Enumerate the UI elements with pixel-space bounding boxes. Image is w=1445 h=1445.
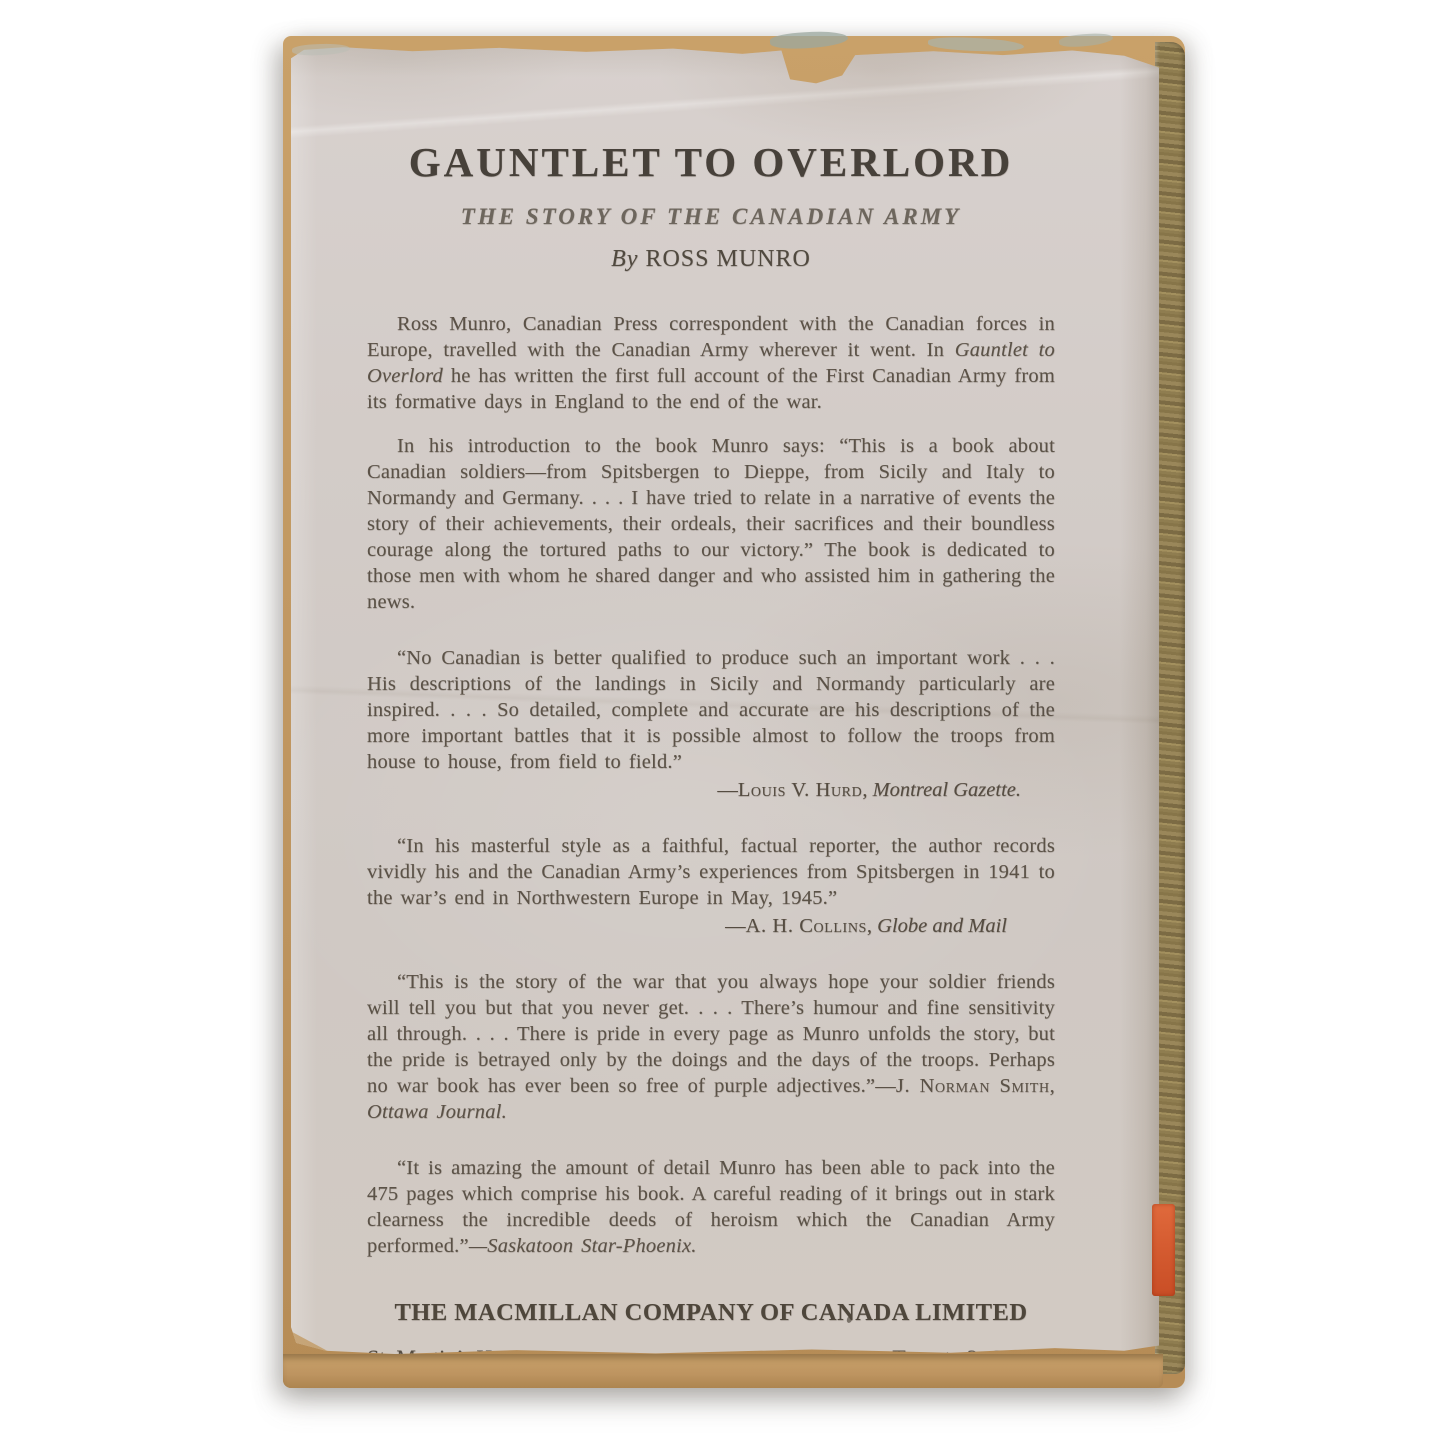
reviewer-name: J. Norman Smith	[896, 1075, 1050, 1097]
attribution-dash: —	[717, 779, 738, 801]
attribution-separator: ,	[1050, 1075, 1055, 1097]
jacket-printed-content: GAUNTLET TO OVERLORD THE STORY OF THE CA…	[291, 44, 1159, 1356]
review-quote-4: “It is amazing the amount of detail Munr…	[367, 1155, 1055, 1259]
reviewer-name: Louis V. Hurd	[738, 779, 863, 801]
attribution-separator: ,	[867, 915, 877, 937]
quote-attribution: —Louis V. Hurd, Montreal Gazette.	[367, 777, 1055, 803]
quote-attribution: —A. H. Collins, Globe and Mail	[367, 913, 1055, 939]
publication-name: Globe and Mail	[877, 915, 1007, 937]
byline-author: ROSS MUNRO	[645, 246, 810, 272]
attribution-separator: ,	[862, 779, 872, 801]
jacket-tear-fray	[1058, 31, 1113, 49]
attribution-dash: —	[875, 1075, 896, 1097]
book-bottom-edge	[283, 1354, 1163, 1388]
byline-prefix: By	[611, 246, 638, 272]
dust-jacket: GAUNTLET TO OVERLORD THE STORY OF THE CA…	[291, 44, 1159, 1356]
blurb-paragraph-2: In his introduction to the book Munro sa…	[367, 433, 1055, 615]
book-title: GAUNTLET TO OVERLORD	[367, 138, 1055, 186]
book-subtitle: THE STORY OF THE CANADIAN ARMY	[367, 204, 1055, 230]
photo-background: GAUNTLET TO OVERLORD THE STORY OF THE CA…	[0, 0, 1445, 1445]
paragraph-text: he has written the first full account of…	[367, 365, 1055, 413]
quote-text: “No Canadian is better qualified to prod…	[367, 645, 1055, 775]
publisher-name: THE MACMILLAN COMPANY OF CANADA LIMITED	[367, 1299, 1055, 1327]
quote-text: “In his masterful style as a faithful, f…	[367, 833, 1055, 911]
jacket-tear-fray	[770, 29, 849, 50]
book-fore-edge	[1155, 42, 1185, 1374]
attribution-dash: —	[469, 1235, 487, 1257]
publication-name: Ottawa Journal.	[367, 1101, 507, 1123]
reviewer-name: A. H. Collins	[746, 915, 867, 937]
book-back-cover: GAUNTLET TO OVERLORD THE STORY OF THE CA…	[283, 36, 1185, 1388]
publication-name: Montreal Gazette.	[873, 779, 1021, 801]
publication-name: Saskatoon Star-Phoenix.	[487, 1235, 696, 1257]
review-quote-2: “In his masterful style as a faithful, f…	[367, 833, 1055, 939]
blurb-paragraph-1: Ross Munro, Canadian Press correspondent…	[367, 311, 1055, 415]
jacket-tear-fray	[928, 36, 1024, 52]
book-byline: By ROSS MUNRO	[367, 246, 1055, 273]
orange-edge-sticker	[1152, 1204, 1175, 1296]
review-quote-3: “This is the story of the war that you a…	[367, 969, 1055, 1125]
paragraph-text: Ross Munro, Canadian Press correspondent…	[367, 313, 1055, 361]
review-quote-1: “No Canadian is better qualified to prod…	[367, 645, 1055, 803]
attribution-dash: —	[725, 915, 746, 937]
